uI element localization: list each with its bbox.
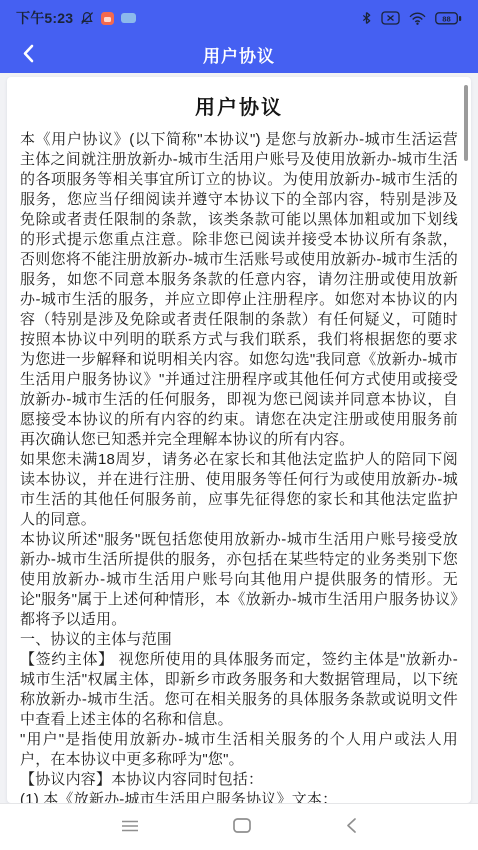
wifi-icon xyxy=(409,12,426,25)
notification-orange-app-icon xyxy=(101,12,114,25)
agreement-paragraph: 本协议所述"服务"既包括您使用放新办-城市生活用户账号接受放新办-城市生活所提供… xyxy=(20,530,458,630)
home-square-icon xyxy=(232,817,252,837)
status-bar-left: 下午5:23 xyxy=(16,8,136,28)
battery-icon: 88 xyxy=(435,12,462,25)
battery-percent-text: 88 xyxy=(442,14,450,23)
agreement-paragraph: (1) 本《放新办-城市生活用户服务协议》文本； xyxy=(20,790,458,803)
nav-menu-button[interactable] xyxy=(116,814,144,841)
notification-blue-app-icon xyxy=(121,13,136,23)
agreement-body: 本《用户协议》(以下简称"本协议") 是您与放新办-城市生活运营主体之间就注册放… xyxy=(14,130,464,803)
agreement-paragraph: 一、协议的主体与范围 xyxy=(20,630,458,650)
back-button[interactable] xyxy=(10,36,46,73)
scrollbar-thumb[interactable] xyxy=(464,85,468,161)
status-bar-right: 88 xyxy=(361,11,462,25)
bluetooth-icon xyxy=(361,11,372,25)
status-bar: 下午5:23 xyxy=(0,0,478,36)
agreement-paragraph: 【协议内容】本协议内容同时包括： xyxy=(20,770,458,790)
document-title: 用户协议 xyxy=(14,91,464,120)
agreement-paragraph: 【签约主体】 视您所使用的具体服务而定，签约主体是"放新办-城市生活"权属主体，… xyxy=(20,650,458,730)
android-nav-bar xyxy=(0,803,478,850)
app-header: 用户协议 xyxy=(0,36,478,73)
content-area: 用户协议 本《用户协议》(以下简称"本协议") 是您与放新办-城市生活运营主体之… xyxy=(0,73,478,803)
nav-home-button[interactable] xyxy=(228,813,256,841)
no-sim-icon xyxy=(381,11,400,25)
agreement-scroll-area[interactable]: 用户协议 本《用户协议》(以下简称"本协议") 是您与放新办-城市生活运营主体之… xyxy=(7,77,471,803)
clock-text: 下午5:23 xyxy=(16,8,73,28)
agreement-paragraph: 如果您未满18周岁，请务必在家长和其他法定监护人的陪同下阅读本协议，并在进行注册… xyxy=(20,450,458,530)
page-title: 用户协议 xyxy=(0,42,478,67)
chevron-left-icon xyxy=(22,44,34,66)
mute-icon xyxy=(80,11,94,25)
nav-back-button[interactable] xyxy=(340,813,362,841)
agreement-paragraph: "用户"是指使用放新办-城市生活相关服务的个人用户或法人用户，在本协议中更多称呼… xyxy=(20,730,458,770)
agreement-paragraph: 本《用户协议》(以下简称"本协议") 是您与放新办-城市生活运营主体之间就注册放… xyxy=(20,130,458,450)
menu-icon xyxy=(120,818,140,837)
back-chevron-icon xyxy=(344,817,358,837)
